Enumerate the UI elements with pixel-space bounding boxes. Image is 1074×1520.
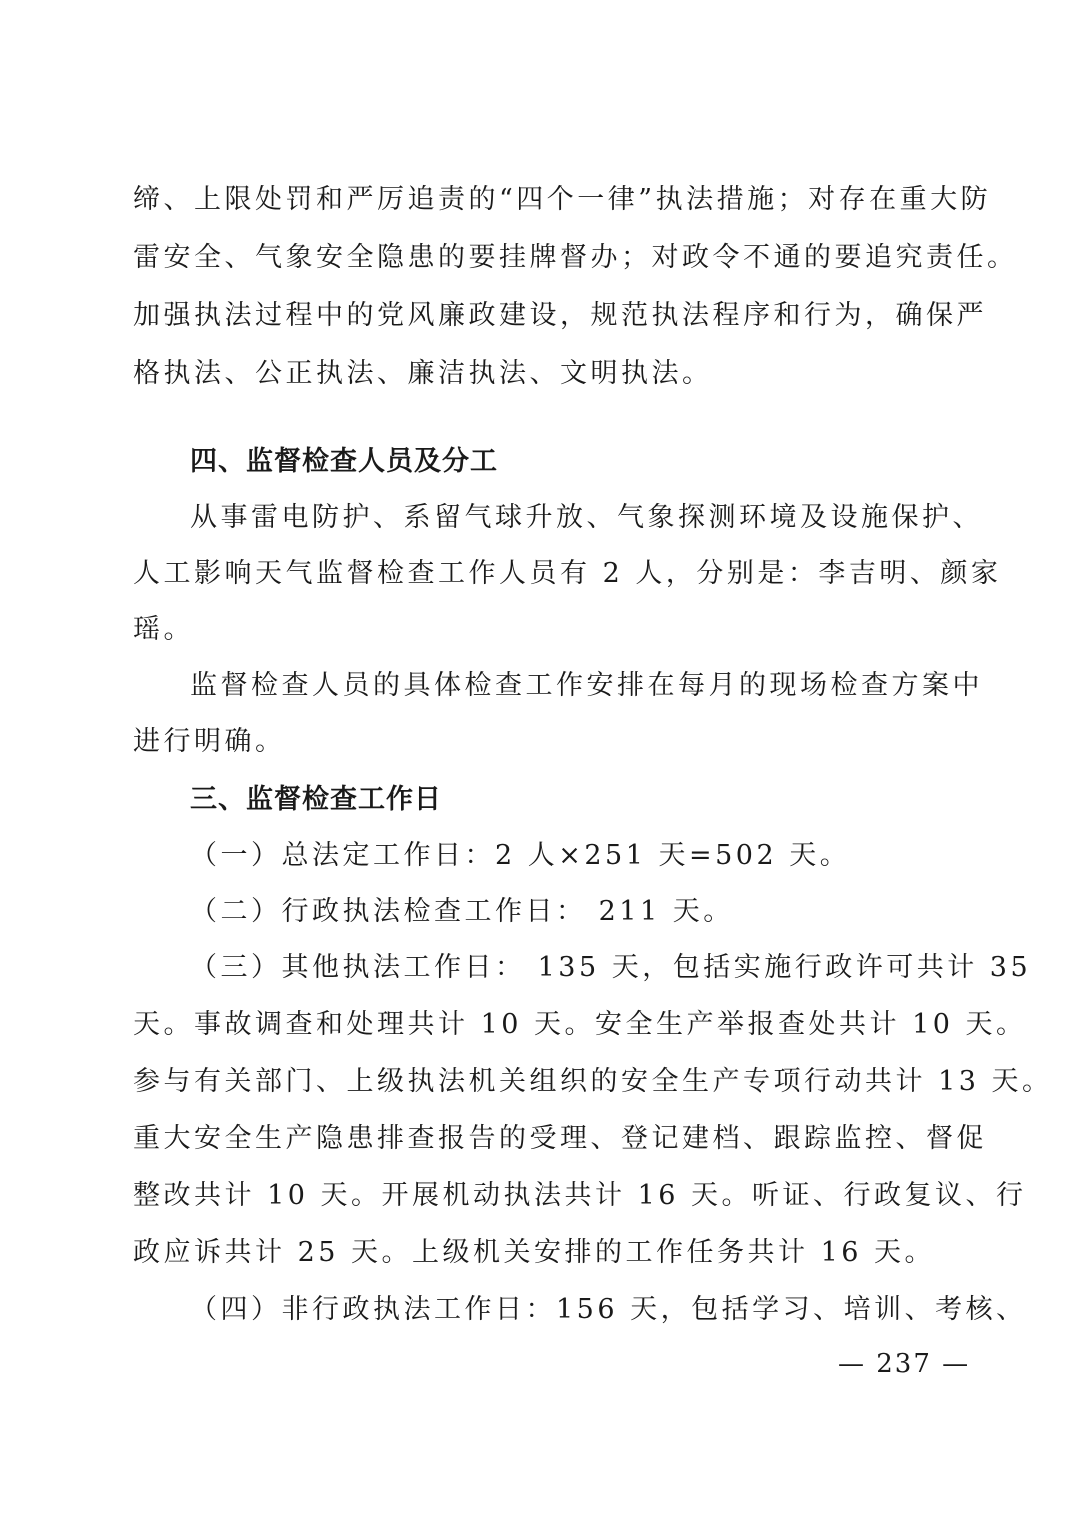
workday-item-inspection: （二）行政执法检查工作日： 211 天。 bbox=[190, 892, 1000, 932]
workday-item-other-line: 天。事故调查和处理共计 10 天。安全生产举报查处共计 10 天。 bbox=[133, 1005, 943, 1045]
body-text-line: 缔、上限处罚和严厉追责的“四个一律”执法措施；对存在重大防 bbox=[133, 180, 943, 220]
section-heading-workdays: 三、监督检查工作日 bbox=[190, 780, 1000, 820]
document-page: 缔、上限处罚和严厉追责的“四个一律”执法措施；对存在重大防 雷安全、气象安全隐患… bbox=[0, 0, 1074, 1520]
workday-item-other-line: 重大安全生产隐患排查报告的受理、登记建档、跟踪监控、督促 bbox=[133, 1119, 943, 1159]
personnel-paragraph-line: 瑶。 bbox=[133, 610, 943, 650]
workday-item-legal: （一）总法定工作日：2 人×251 天=502 天。 bbox=[190, 836, 1000, 876]
body-text-line: 加强执法过程中的党风廉政建设，规范执法程序和行为，确保严 bbox=[133, 296, 943, 336]
workday-item-other-line: 整改共计 10 天。开展机动执法共计 16 天。听证、行政复议、行 bbox=[133, 1176, 943, 1216]
workday-item-other-line: 政应诉共计 25 天。上级机关安排的工作任务共计 16 天。 bbox=[133, 1233, 943, 1273]
page-number: — 237 — bbox=[838, 1344, 970, 1384]
schedule-paragraph-line: 监督检查人员的具体检查工作安排在每月的现场检查方案中 bbox=[190, 666, 1000, 706]
personnel-paragraph-line: 从事雷电防护、系留气球升放、气象探测环境及设施保护、 bbox=[190, 498, 1000, 538]
workday-item-other-line: （三）其他执法工作日： 135 天，包括实施行政许可共计 35 bbox=[190, 948, 1000, 988]
body-text-line: 雷安全、气象安全隐患的要挂牌督办；对政令不通的要追究责任。 bbox=[133, 238, 943, 278]
body-text-line: 格执法、公正执法、廉洁执法、文明执法。 bbox=[133, 354, 943, 394]
section-heading-personnel: 四、监督检查人员及分工 bbox=[190, 442, 1000, 482]
workday-item-other-line: 参与有关部门、上级执法机关组织的安全生产专项行动共计 13 天。 bbox=[133, 1062, 943, 1102]
personnel-paragraph-line: 人工影响天气监督检查工作人员有 2 人，分别是：李吉明、颜家 bbox=[133, 554, 943, 594]
schedule-paragraph-line: 进行明确。 bbox=[133, 722, 943, 762]
workday-item-non-enforcement: （四）非行政执法工作日：156 天，包括学习、培训、考核、 bbox=[190, 1290, 1000, 1330]
